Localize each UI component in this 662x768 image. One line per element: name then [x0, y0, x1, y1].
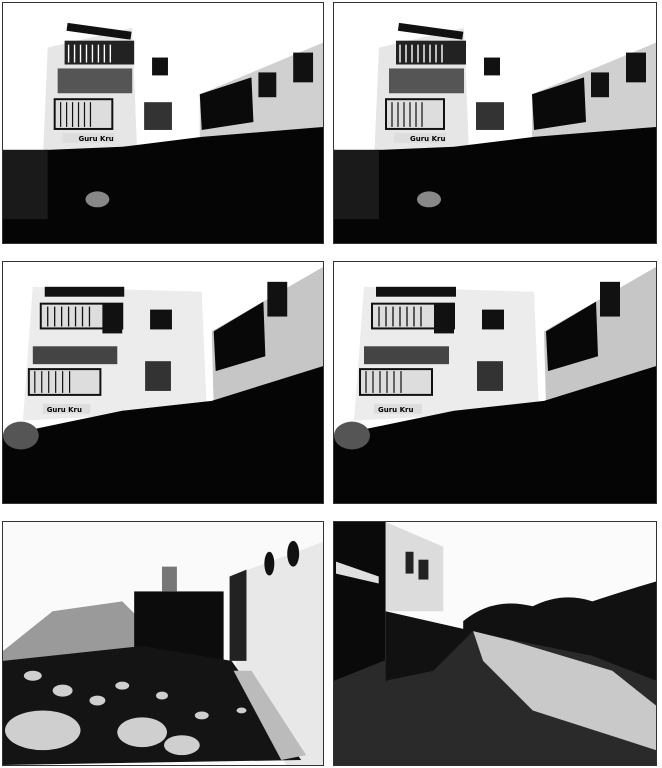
building-sign-text: Guru Kru [79, 135, 114, 143]
building-sign-text: Guru Kru [410, 135, 445, 143]
photo-panel-building-wide-2: Guru Kru [333, 2, 657, 244]
photo-panel-building-wide-1: Guru Kru [2, 2, 324, 244]
photo-panel-road [333, 521, 657, 766]
photo-panel-cobblestone-lane [2, 521, 324, 766]
building-sign-text: Guru Kru [47, 406, 82, 414]
photo-panel-building-close-1: Guru Kru [2, 261, 324, 504]
building-sign-text: Guru Kru [378, 406, 413, 414]
photo-panel-building-close-2: Guru Kru [333, 261, 657, 504]
